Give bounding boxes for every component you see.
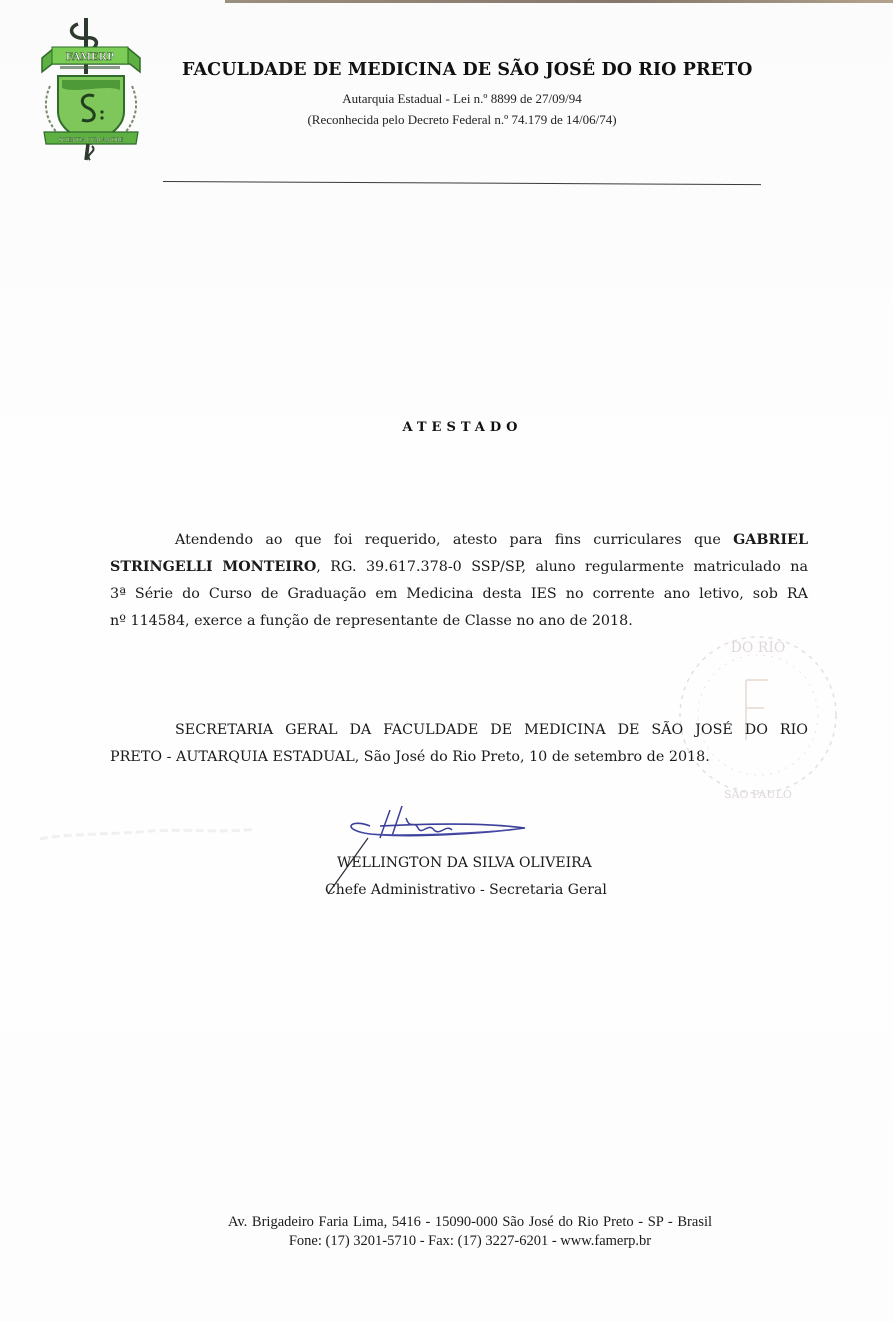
official-stamp-icon: DO RIO SÃO PAULO — [668, 620, 848, 810]
svg-text:DO RIO: DO RIO — [731, 640, 786, 656]
certification-paragraph: Atendendo ao que foi requerido, atesto p… — [110, 527, 808, 635]
signer-role: Chefe Administrativo - Secretaria Geral — [325, 882, 607, 898]
institution-law: Autarquia Estadual - Lei n.º 8899 de 27/… — [182, 91, 742, 107]
paragraph-line: STRINGELLI MONTEIRO, RG. 39.617.378-0 SS… — [110, 554, 808, 581]
header-divider — [163, 181, 761, 185]
famerp-logo-icon: FAMERP SCIENTIA CUM AMORE — [36, 14, 146, 162]
paper-edge-shadow — [225, 0, 893, 3]
student-first-name: GABRIEL — [733, 532, 808, 548]
document-title: ATESTADO — [380, 420, 545, 435]
closing-paragraph: SECRETARIA GERAL DA FACULDADE DE MEDICIN… — [110, 717, 808, 771]
paragraph-line: PRETO - AUTARQUIA ESTADUAL, São José do … — [110, 744, 808, 771]
signer-name: WELLINGTON DA SILVA OLIVEIRA — [337, 855, 592, 871]
footer-address: Av. Brigadeiro Faria Lima, 5416 - 15090-… — [170, 1214, 770, 1231]
faint-bleedthrough-mark — [30, 815, 260, 855]
institution-name: FACULDADE DE MEDICINA DE SÃO JOSÉ DO RIO… — [182, 60, 742, 80]
document-page: FAMERP SCIENTIA CUM AMORE FACULDADE DE M… — [0, 0, 893, 1322]
paragraph-line: SECRETARIA GERAL DA FACULDADE DE MEDICIN… — [110, 717, 808, 744]
svg-text:FAMERP: FAMERP — [66, 51, 114, 63]
paragraph-line: Atendendo ao que foi requerido, atesto p… — [110, 527, 808, 554]
student-last-name: STRINGELLI MONTEIRO — [110, 559, 316, 575]
footer-contact: Fone: (17) 3201-5710 - Fax: (17) 3227-62… — [170, 1233, 770, 1250]
svg-text:SCIENTIA CUM AMORE: SCIENTIA CUM AMORE — [58, 138, 123, 144]
svg-text:SÃO PAULO: SÃO PAULO — [724, 787, 792, 801]
institution-decree: (Reconhecida pelo Decreto Federal n.º 74… — [182, 112, 742, 128]
paragraph-line: 3ª Série do Curso de Graduação em Medici… — [110, 581, 808, 608]
